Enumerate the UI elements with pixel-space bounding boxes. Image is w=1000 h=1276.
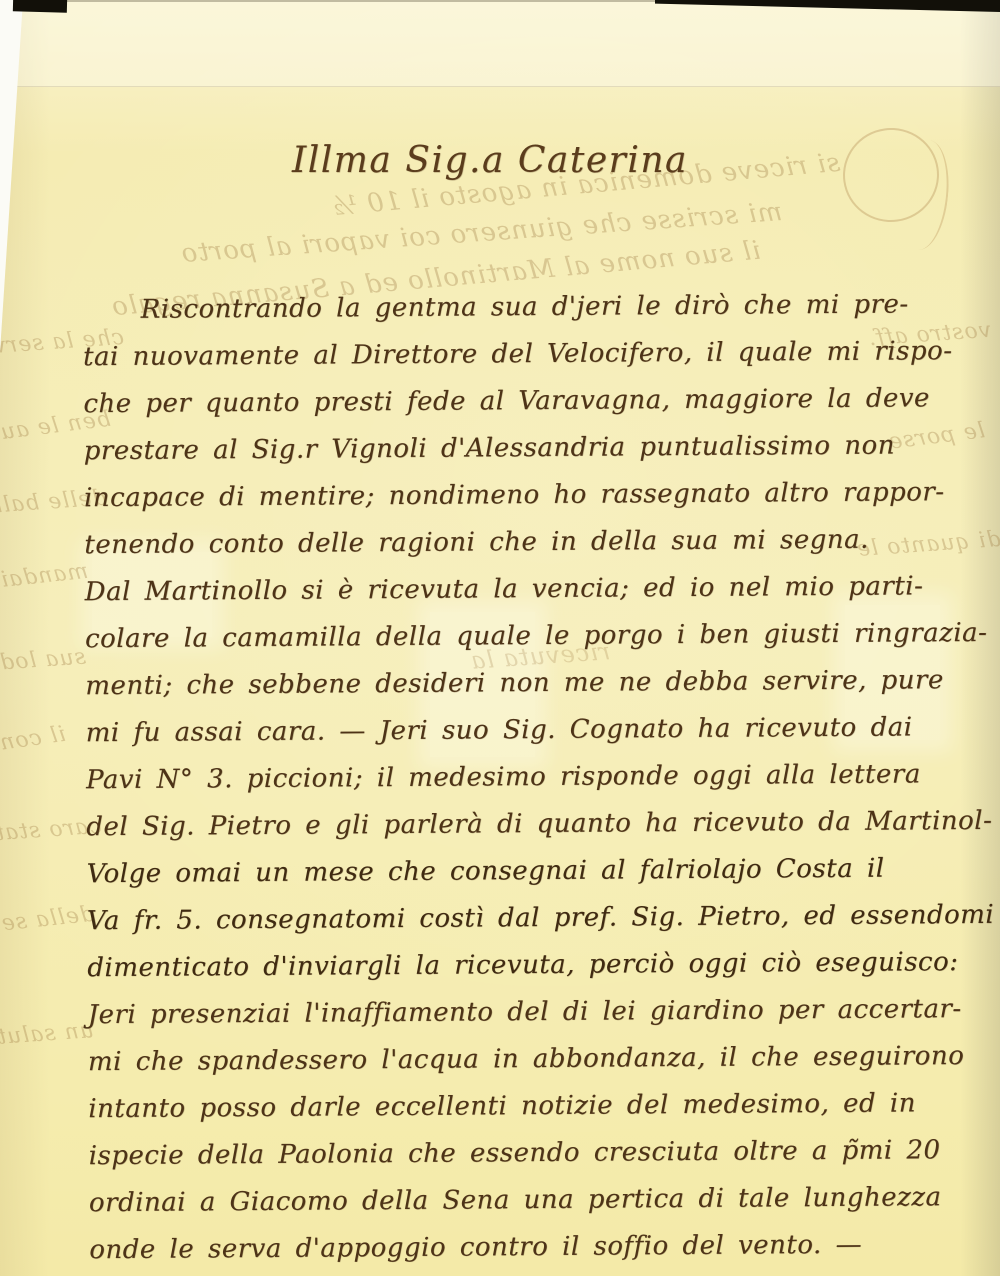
letter-line: Riscontrando la gentma sua d'jeri le dir… xyxy=(83,281,997,334)
letter-line: prestare al Sig.r Vignoli d'Alessandria … xyxy=(84,422,998,475)
letter-line: mi che spandessero l'acqua in abbondanza… xyxy=(88,1033,1000,1086)
bleedthrough-text: il conto xyxy=(0,722,67,759)
letter-line: Dal Martinollo si è ricevuta la vencia; … xyxy=(85,563,999,616)
bleedthrough-text: mandai le xyxy=(0,559,89,596)
scan-edge-top-left xyxy=(13,0,67,13)
letter-salutation: Illma Sig.a Caterina xyxy=(292,140,688,181)
letter-scan: si riceve domenica in agosto il 10 ½ mi … xyxy=(0,0,1000,1276)
letter-line: intanto posso darle eccellenti notizie d… xyxy=(88,1080,1000,1133)
letter-body: Riscontrando la gentma sua d'jeri le dir… xyxy=(83,281,1000,1274)
letter-line: colare la camamilla della quale le porgo… xyxy=(85,610,999,663)
letter-line: incapace di mentire; nondimeno ho rasseg… xyxy=(84,469,998,522)
bleedthrough-flourish-tail xyxy=(894,138,953,252)
bleedthrough-text: della sera xyxy=(0,902,95,939)
bleedthrough-text: sua lode xyxy=(0,645,87,677)
letter-line: ispecie della Paolonia che essendo cresc… xyxy=(88,1127,1000,1180)
letter-line: onde le serva d'appoggio contro il soffi… xyxy=(89,1221,1000,1274)
bleedthrough-text: un saluto xyxy=(0,1018,95,1051)
letter-line: ordinai a Giacomo della Sena una pertica… xyxy=(89,1174,1000,1227)
letter-line: Pavi N° 3. piccioni; il medesimo rispond… xyxy=(86,751,1000,804)
letter-line: che per quanto presti fede al Varavagna,… xyxy=(83,375,997,428)
letter-line: Volge omai un mese che consegnai al falr… xyxy=(87,845,1000,898)
letter-line: del Sig. Pietro e gli parlerà di quanto … xyxy=(86,798,1000,851)
letter-line: Va fr. 5. consegnatomi costì dal pref. S… xyxy=(87,892,1000,945)
paper-top-fold-band xyxy=(0,0,1000,87)
scanner-background-wedge xyxy=(0,0,23,352)
letter-line: Jeri presenziai l'inaffiamento del di le… xyxy=(87,986,1000,1039)
letter-line: dimenticato d'inviargli la ricevuta, per… xyxy=(87,939,1000,992)
letter-line: mi fu assai cara. — Jeri suo Sig. Cognat… xyxy=(86,704,1000,757)
letter-line: tai nuovamente al Direttore del Velocife… xyxy=(83,328,997,381)
letter-line: tenendo conto delle ragioni che in della… xyxy=(84,516,998,569)
letter-line: menti; che sebbene desideri non me ne de… xyxy=(85,657,999,710)
